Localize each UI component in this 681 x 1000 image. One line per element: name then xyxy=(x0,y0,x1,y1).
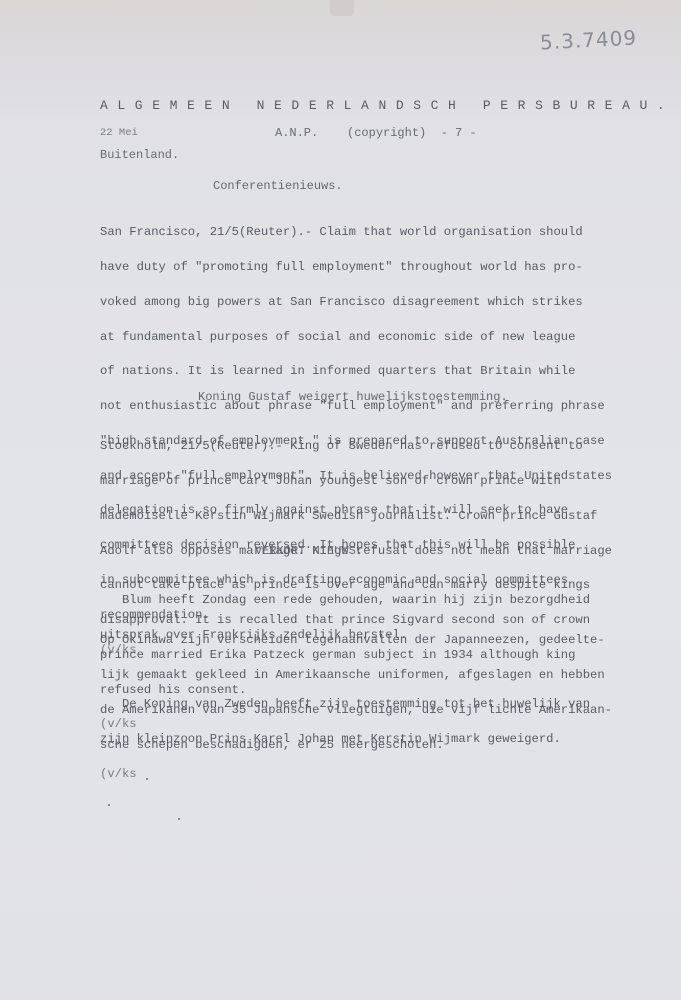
article-line: zijn kleinzoon Prins Karel Johan met Ker… xyxy=(100,734,590,746)
short-news-item-sweden: De Koning van Zweden heeft zijn toestemm… xyxy=(100,676,590,804)
document-date: 22 Mei xyxy=(100,128,138,140)
paper-speck xyxy=(146,778,148,780)
article-line: of nations. It is learned in informed qu… xyxy=(100,366,612,378)
section-heading-conference: Conferentienieuws. xyxy=(213,181,343,193)
article-line: mademoiselle Kerstin Wijmark Swedish jou… xyxy=(100,511,612,523)
paper-speck xyxy=(178,818,180,820)
article-line: marriage of prince Carl Johan youngest s… xyxy=(100,476,612,488)
article-line: at fundamental purposes of social and ec… xyxy=(100,332,612,344)
archive-number: 5.3.7409 xyxy=(539,25,637,54)
agency-header: A L G E M E E N N E D E R L A N D S C H … xyxy=(100,100,666,112)
article-line: Op Okinawa zijn verscheiden tegenaanvall… xyxy=(100,635,612,647)
article-line: San Francisco, 21/5(Reuter).- Claim that… xyxy=(100,227,612,239)
article-line: voked among big powers at San Francisco … xyxy=(100,297,612,309)
editor-signature: (v/ks xyxy=(100,769,590,781)
document-page: 5.3.7409 A L G E M E E N N E D E R L A N… xyxy=(0,0,681,1000)
section-heading-gustaf: Koning Gustaf weigert huwelijkstoestemmi… xyxy=(198,392,508,404)
paper-speck xyxy=(108,804,110,806)
section-heading-short-news: VERKORT NIEUWS. xyxy=(255,546,363,558)
agency-reference: A.N.P. (copyright) - 7 - xyxy=(275,128,477,140)
article-line: Blum heeft Zondag een rede gehouden, waa… xyxy=(100,595,590,607)
article-line: Stockholm, 21/5(Reuter).- King of Sweden… xyxy=(100,441,612,453)
article-line: De Koning van Zweden heeft zijn toestemm… xyxy=(100,699,590,711)
paper-fold-mark xyxy=(330,0,354,16)
category-label: Buitenland. xyxy=(100,150,179,162)
article-line: have duty of "promoting full employment"… xyxy=(100,262,612,274)
